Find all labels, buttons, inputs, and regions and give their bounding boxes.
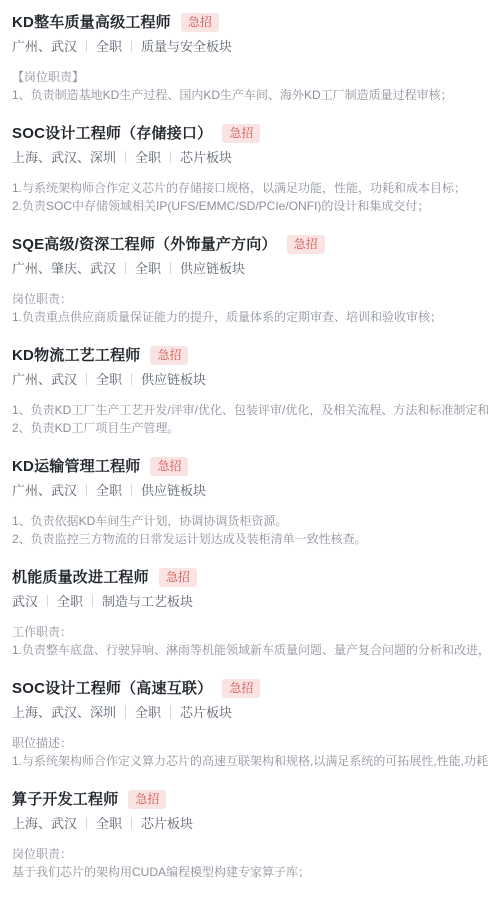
job-department: 芯片板块 bbox=[180, 150, 232, 165]
job-employment-type: 全职 bbox=[135, 150, 161, 165]
meta-separator bbox=[170, 706, 171, 718]
job-meta-row: 广州、武汉全职供应链板块 bbox=[12, 371, 488, 388]
job-description-line-1: 工作职责： bbox=[12, 623, 488, 641]
meta-separator bbox=[125, 706, 126, 718]
job-employment-type: 全职 bbox=[96, 372, 122, 387]
job-meta-row: 上海、武汉、深圳全职芯片板块 bbox=[12, 704, 488, 721]
job-title[interactable]: SQE高级/资深工程师（外饰量产方向） bbox=[12, 234, 277, 255]
job-description-line-2: 2.负责SOC中存储领域相关IP(UFS/EMMC/SD/PCIe/ONFI)的… bbox=[12, 197, 488, 215]
job-description-line-1: 岗位职责： bbox=[12, 845, 488, 863]
job-description-line-2: 基于我们芯片的架构用CUDA编程模型构建专家算子库； bbox=[12, 863, 488, 881]
urgent-badge: 急招 bbox=[222, 124, 260, 143]
meta-separator bbox=[170, 262, 171, 274]
job-employment-type: 全职 bbox=[96, 483, 122, 498]
job-locations: 上海、武汉、深圳 bbox=[12, 705, 116, 720]
urgent-badge: 急招 bbox=[159, 568, 197, 587]
job-description-line-1: 1.与系统架构师合作定义芯片的存储接口规格，以满足功能，性能，功耗和成本目标； bbox=[12, 179, 488, 197]
job-meta-row: 上海、武汉、深圳全职芯片板块 bbox=[12, 149, 488, 166]
job-title[interactable]: KD运输管理工程师 bbox=[12, 456, 140, 477]
meta-separator bbox=[125, 262, 126, 274]
meta-separator bbox=[131, 817, 132, 829]
meta-separator bbox=[131, 484, 132, 496]
job-title-row: SQE高级/资深工程师（外饰量产方向） 急招 bbox=[12, 234, 488, 255]
job-title[interactable]: 算子开发工程师 bbox=[12, 789, 118, 810]
job-title-row: SOC设计工程师（高速互联） 急招 bbox=[12, 678, 488, 699]
job-employment-type: 全职 bbox=[96, 39, 122, 54]
job-description-line-2: 2、负责监控三方物流的日常发运计划达成及装柜清单一致性核查。 bbox=[12, 530, 488, 548]
urgent-badge: 急招 bbox=[150, 346, 188, 365]
job-title[interactable]: KD整车质量高级工程师 bbox=[12, 12, 171, 33]
meta-separator bbox=[92, 595, 93, 607]
job-listing: SQE高级/资深工程师（外饰量产方向） 急招 广州、肇庆、武汉全职供应链板块 岗… bbox=[12, 234, 488, 326]
job-title-row: KD物流工艺工程师 急招 bbox=[12, 345, 488, 366]
job-listing: 算子开发工程师 急招 上海、武汉全职芯片板块 岗位职责： 基于我们芯片的架构用C… bbox=[12, 789, 488, 881]
job-locations: 上海、武汉 bbox=[12, 816, 77, 831]
job-title[interactable]: SOC设计工程师（高速互联） bbox=[12, 678, 212, 699]
meta-separator bbox=[86, 373, 87, 385]
job-department: 供应链板块 bbox=[180, 261, 245, 276]
job-locations: 武汉 bbox=[12, 594, 38, 609]
meta-separator bbox=[170, 151, 171, 163]
job-title-row: KD运输管理工程师 急招 bbox=[12, 456, 488, 477]
job-description-line-2: 1.与系统架构师合作定义算力芯片的高速互联架构和规格,以满足系统的可拓展性,性能… bbox=[12, 752, 488, 770]
job-description-line-1: 【岗位职责】 bbox=[12, 68, 488, 86]
job-listing-page: KD整车质量高级工程师 急招 广州、武汉全职质量与安全板块 【岗位职责】 1、负… bbox=[0, 0, 500, 900]
meta-separator bbox=[86, 40, 87, 52]
meta-separator bbox=[131, 40, 132, 52]
job-title-row: SOC设计工程师（存储接口） 急招 bbox=[12, 123, 488, 144]
job-locations: 广州、武汉 bbox=[12, 39, 77, 54]
job-listing: SOC设计工程师（高速互联） 急招 上海、武汉、深圳全职芯片板块 职位描述： 1… bbox=[12, 678, 488, 770]
job-meta-row: 上海、武汉全职芯片板块 bbox=[12, 815, 488, 832]
job-description-line-2: 1.负责整车底盘、行驶异响、淋雨等机能领域新车质量问题、量产复合问题的分析和改进… bbox=[12, 641, 488, 659]
meta-separator bbox=[47, 595, 48, 607]
job-description-line-1: 岗位职责： bbox=[12, 290, 488, 308]
urgent-badge: 急招 bbox=[128, 790, 166, 809]
job-department: 供应链板块 bbox=[141, 372, 206, 387]
job-department: 芯片板块 bbox=[141, 816, 193, 831]
job-employment-type: 全职 bbox=[96, 816, 122, 831]
job-listing: SOC设计工程师（存储接口） 急招 上海、武汉、深圳全职芯片板块 1.与系统架构… bbox=[12, 123, 488, 215]
job-meta-row: 武汉全职制造与工艺板块 bbox=[12, 593, 488, 610]
meta-separator bbox=[86, 817, 87, 829]
job-description-line-2: 1、负责制造基地KD生产过程、国内KD生产车间、海外KD工厂制造质量过程审核； bbox=[12, 86, 488, 104]
job-description-line-1: 1、负责KD工厂生产工艺开发/评审/优化、包装评审/优化，及相关流程、方法和标准… bbox=[12, 401, 488, 419]
job-title-row: KD整车质量高级工程师 急招 bbox=[12, 12, 488, 33]
job-listing: KD整车质量高级工程师 急招 广州、武汉全职质量与安全板块 【岗位职责】 1、负… bbox=[12, 12, 488, 104]
job-meta-row: 广州、肇庆、武汉全职供应链板块 bbox=[12, 260, 488, 277]
job-department: 质量与安全板块 bbox=[141, 39, 232, 54]
job-meta-row: 广州、武汉全职供应链板块 bbox=[12, 482, 488, 499]
job-meta-row: 广州、武汉全职质量与安全板块 bbox=[12, 38, 488, 55]
job-description-line-1: 职位描述： bbox=[12, 734, 488, 752]
job-title[interactable]: 机能质量改进工程师 bbox=[12, 567, 149, 588]
job-description-line-2: 2、负责KD工厂项目生产管理。 bbox=[12, 419, 488, 437]
job-locations: 广州、肇庆、武汉 bbox=[12, 261, 116, 276]
urgent-badge: 急招 bbox=[222, 679, 260, 698]
job-listing: 机能质量改进工程师 急招 武汉全职制造与工艺板块 工作职责： 1.负责整车底盘、… bbox=[12, 567, 488, 659]
job-listing: KD物流工艺工程师 急招 广州、武汉全职供应链板块 1、负责KD工厂生产工艺开发… bbox=[12, 345, 488, 437]
urgent-badge: 急招 bbox=[150, 457, 188, 476]
job-locations: 广州、武汉 bbox=[12, 372, 77, 387]
meta-separator bbox=[86, 484, 87, 496]
job-title-row: 机能质量改进工程师 急招 bbox=[12, 567, 488, 588]
job-department: 制造与工艺板块 bbox=[102, 594, 193, 609]
job-employment-type: 全职 bbox=[57, 594, 83, 609]
job-locations: 广州、武汉 bbox=[12, 483, 77, 498]
job-employment-type: 全职 bbox=[135, 705, 161, 720]
job-title-row: 算子开发工程师 急招 bbox=[12, 789, 488, 810]
urgent-badge: 急招 bbox=[287, 235, 325, 254]
job-employment-type: 全职 bbox=[135, 261, 161, 276]
job-description-line-2: 1.负责重点供应商质量保证能力的提升，质量体系的定期审查、培训和验收审核； bbox=[12, 308, 488, 326]
job-title[interactable]: KD物流工艺工程师 bbox=[12, 345, 140, 366]
job-department: 供应链板块 bbox=[141, 483, 206, 498]
job-locations: 上海、武汉、深圳 bbox=[12, 150, 116, 165]
meta-separator bbox=[125, 151, 126, 163]
meta-separator bbox=[131, 373, 132, 385]
job-department: 芯片板块 bbox=[180, 705, 232, 720]
job-list: KD整车质量高级工程师 急招 广州、武汉全职质量与安全板块 【岗位职责】 1、负… bbox=[12, 12, 488, 881]
job-title[interactable]: SOC设计工程师（存储接口） bbox=[12, 123, 212, 144]
urgent-badge: 急招 bbox=[181, 13, 219, 32]
job-description-line-1: 1、负责依据KD车间生产计划，协调协调货柜资源。 bbox=[12, 512, 488, 530]
job-listing: KD运输管理工程师 急招 广州、武汉全职供应链板块 1、负责依据KD车间生产计划… bbox=[12, 456, 488, 548]
